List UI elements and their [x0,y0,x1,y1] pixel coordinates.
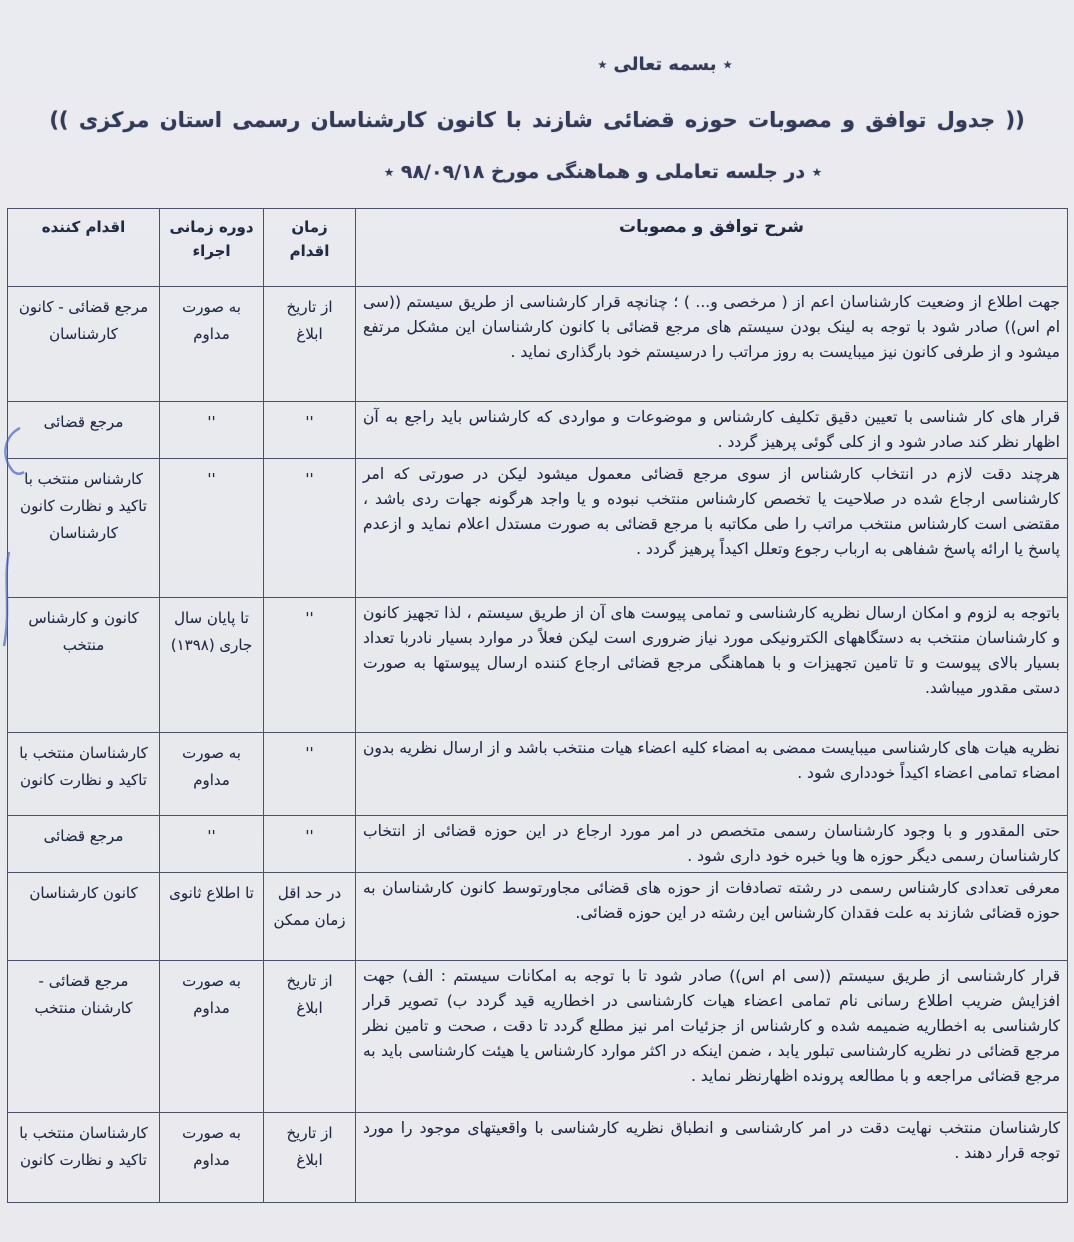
action-time-cell: '' [264,459,356,598]
table-row: قرار کارشناسی از طریق سیستم ((سی ام اس))… [8,961,1068,1113]
execution-period-cell: به صورت مداوم [160,961,264,1113]
action-time-cell: از تاریخ ابلاغ [264,1113,356,1203]
header-description: شرح توافق و مصوبات [356,209,1068,287]
action-time-cell: در حد اقل زمان ممکن [264,873,356,961]
description-cell: قرار های کار شناسی با تعیین دقیق تکلیف ک… [356,402,1068,459]
description-cell: قرار کارشناسی از طریق سیستم ((سی ام اس))… [356,961,1068,1113]
table-row: باتوجه به لزوم و امکان ارسال نظریه کارشن… [8,598,1068,733]
bismillah-line: ٭ بسمه تعالی ٭ [128,0,1074,75]
table-row: جهت اطلاع از وضعیت کارشناسان اعم از ( مر… [8,287,1068,402]
actor-cell: کارشناسان منتخب با تاکید و نظارت کانون [8,1113,160,1203]
execution-period-cell: به صورت مداوم [160,733,264,816]
description-cell: معرفی تعدادی کارشناس رسمی در رشته تصادفا… [356,873,1068,961]
description-cell: حتی المقدور و با وجود کارشناسان رسمی متخ… [356,816,1068,873]
action-time-cell: از تاریخ ابلاغ [264,961,356,1113]
execution-period-cell: '' [160,816,264,873]
action-time-cell: '' [264,816,356,873]
actor-cell: مرجع قضائی [8,816,160,873]
action-time-cell: '' [264,598,356,733]
table-row: معرفی تعدادی کارشناس رسمی در رشته تصادفا… [8,873,1068,961]
action-time-cell: از تاریخ ابلاغ [264,287,356,402]
actor-cell: مرجع قضائی - کارشنان منتخب [8,961,160,1113]
description-cell: کارشناسان منتخب نهایت دقت در امر کارشناس… [356,1113,1068,1203]
header-action-time: زمان اقدام [264,209,356,287]
actor-cell: کانون کارشناسان [8,873,160,961]
actor-cell: کانون و کارشناس منتخب [8,598,160,733]
execution-period-cell: تا اطلاع ثانوی [160,873,264,961]
description-cell: نظریه هیات های کارشناسی میبایست ممضی به … [356,733,1068,816]
table-header-row: شرح توافق و مصوبات زمان اقدام دوره زمانی… [8,209,1068,287]
actor-cell: مرجع قضائی - کانون کارشناسان [8,287,160,402]
description-cell: جهت اطلاع از وضعیت کارشناسان اعم از ( مر… [356,287,1068,402]
description-cell: باتوجه به لزوم و امکان ارسال نظریه کارشن… [356,598,1068,733]
scanned-document-page: ٭ بسمه تعالی ٭ (( جدول توافق و مصوبات حو… [0,0,1074,1242]
header-actor: اقدام کننده [8,209,160,287]
execution-period-cell: '' [160,459,264,598]
agreements-table: شرح توافق و مصوبات زمان اقدام دوره زمانی… [7,208,1068,1203]
table-row: هرچند دقت لازم در انتخاب کارشناس از سوی … [8,459,1068,598]
execution-period-cell: تا پایان سال جاری (۱۳۹۸) [160,598,264,733]
execution-period-cell: به صورت مداوم [160,287,264,402]
table-row: کارشناسان منتخب نهایت دقت در امر کارشناس… [8,1113,1068,1203]
description-cell: هرچند دقت لازم در انتخاب کارشناس از سوی … [356,459,1068,598]
execution-period-cell: به صورت مداوم [160,1113,264,1203]
document-header: ٭ بسمه تعالی ٭ (( جدول توافق و مصوبات حو… [0,0,1074,183]
actor-cell: کارشناس منتخب با تاکید و نظارت کانون کار… [8,459,160,598]
actor-cell: کارشناسان منتخب با تاکید و نظارت کانون [8,733,160,816]
action-time-cell: '' [264,402,356,459]
action-time-cell: '' [264,733,356,816]
execution-period-cell: '' [160,402,264,459]
table-row: حتی المقدور و با وجود کارشناسان رسمی متخ… [8,816,1068,873]
actor-cell: مرجع قضائی [8,402,160,459]
meeting-date-subtitle: ٭ در جلسه تعاملی و هماهنگی مورخ ۹۸/۰۹/۱۸… [66,161,1074,183]
table-row: نظریه هیات های کارشناسی میبایست ممضی به … [8,733,1068,816]
header-execution-period: دوره زمانی اجراء [160,209,264,287]
page-title: (( جدول توافق و مصوبات حوزه قضائی شازند … [0,108,1074,132]
table-row: قرار های کار شناسی با تعیین دقیق تکلیف ک… [8,402,1068,459]
